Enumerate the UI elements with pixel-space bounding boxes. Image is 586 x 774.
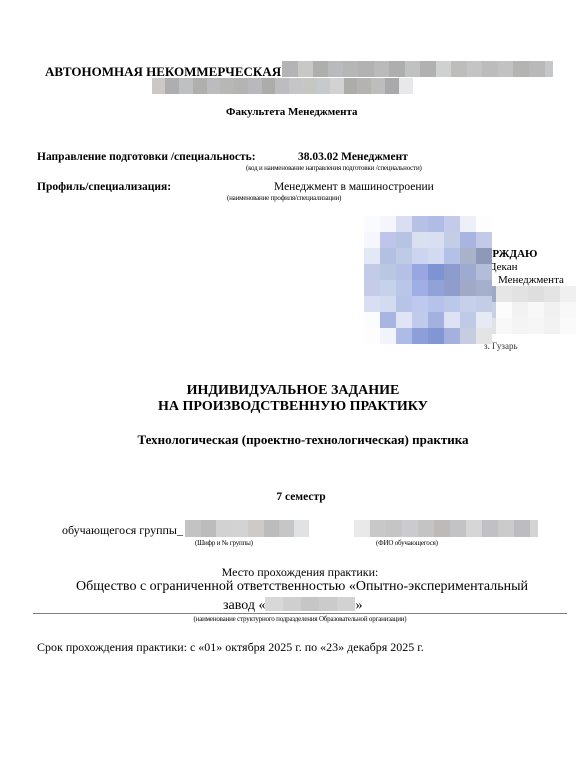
- place-line2: завод «»: [223, 597, 362, 614]
- student-name-caption: (ФИО обучающегося): [376, 539, 438, 547]
- org-name-redacted: [282, 61, 558, 77]
- place-underline: [33, 613, 567, 614]
- place-line2-suffix: »: [355, 598, 362, 613]
- place-caption: (наименование структурного подразделения…: [0, 615, 586, 623]
- practice-type: Технологическая (проектно-технологическа…: [0, 432, 586, 448]
- profile-value: Менеджмент в машиностроении: [274, 181, 434, 193]
- official-stamp-redacted: [364, 216, 496, 354]
- practice-period: Срок прохождения практики: с «01» октябр…: [37, 640, 424, 655]
- org-name-redacted-line2: [152, 78, 413, 94]
- place-plant-name-redacted: [265, 597, 355, 611]
- faculty-name: Факультета Менеджмента: [226, 106, 357, 118]
- student-group-caption: (Шифр и № группы): [195, 539, 253, 547]
- approval-faculty: Менеджмента: [498, 274, 564, 286]
- direction-label: Направление подготовки /специальность:: [37, 151, 256, 163]
- task-title-line1: ИНДИВИДУАЛЬНОЕ ЗАДАНИЕ: [0, 383, 586, 399]
- student-group-redacted: [185, 520, 309, 537]
- place-label: Место прохождения практики:: [0, 565, 586, 580]
- place-line1: Общество с ограниченной ответственностью…: [0, 579, 586, 595]
- student-group-label: обучающегося группы_: [62, 523, 183, 538]
- task-title-line2: НА ПРОИЗВОДСТВЕННУЮ ПРАКТИКУ: [0, 399, 586, 415]
- direction-caption: (код и наименование направления подготов…: [246, 164, 422, 172]
- place-line2-prefix: завод «: [223, 598, 265, 613]
- direction-value: 38.03.02 Менеджмент: [298, 151, 408, 163]
- semester: 7 семестр: [0, 491, 586, 503]
- profile-label: Профиль/специализация:: [37, 181, 171, 193]
- student-name-redacted: [354, 520, 538, 537]
- profile-caption: (наименование профиля/специализации): [227, 194, 341, 202]
